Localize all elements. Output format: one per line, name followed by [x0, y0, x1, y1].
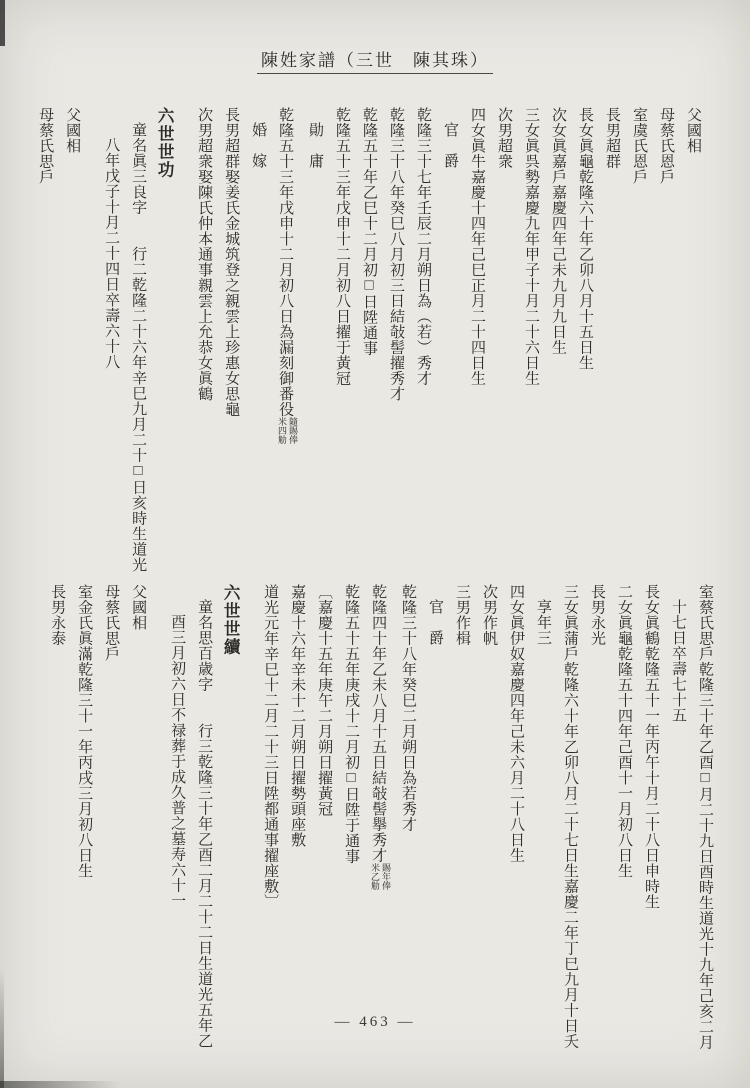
text-column: 次男超衆娶陳氏仲本通事親雲上允恭女眞鶴: [190, 101, 217, 585]
text-column: 乾隆五十年乙巳十二月初□日陞通事: [355, 101, 382, 585]
text-column: 官 爵: [421, 578, 448, 1062]
page-number: — 463 —: [0, 1014, 750, 1031]
text-column: 室金氏眞滿乾隆三十一年丙戌三月初八日生: [70, 578, 97, 1062]
genealogy-record-upper: 父國相母蔡氏恩戶室虞氏恩戶長男超群長女眞龜乾隆六十年乙卯八月十五日生次女眞嘉戶嘉…: [31, 101, 706, 585]
text-column: 乾隆三十八年癸巳八月初三日結敧髻擢秀才: [382, 101, 409, 585]
generation-header: 六世世續: [217, 578, 244, 1062]
text-column: 乾隆三十八年癸巳二月朔日為若秀才: [394, 578, 421, 1062]
text-column: 長男永光: [583, 578, 610, 1062]
text-column: 父國相: [124, 578, 151, 1062]
text-column: 二女眞龜乾隆五十四年己酉十一月初八日生: [610, 578, 637, 1062]
text-column: 母蔡氏思戶: [31, 101, 58, 585]
text-column: 乾隆五十三年戊申十二月初八日為漏刻御番役隨賜俸米四觔: [271, 101, 301, 585]
text-column: 長男永泰: [43, 578, 70, 1062]
text-column: 三女眞蒲戶乾隆六十年乙卯八月二十七日生嘉慶二年丁巳九月十日夭: [556, 578, 583, 1062]
text-column: 次男超衆: [490, 101, 517, 585]
genealogy-record-lower: 室蔡氏思戶乾隆三十年乙酉□月二十九日酉時生道光十九年己亥二月十七日卒壽七十五長女…: [43, 578, 718, 1062]
text-column: 四女眞伊奴嘉慶四年己未六月二十八日生: [502, 578, 529, 1062]
text-column: 〔嘉慶十五年庚午二月朔日擢黃冠: [310, 578, 337, 1062]
text-column: 室蔡氏思戶乾隆三十年乙酉□月二十九日酉時生道光十九年己亥二月: [691, 578, 718, 1062]
text-column: 十七日卒壽七十五: [664, 578, 691, 1062]
text-column: 道光元年辛巳十二月二十三日陞都通事擢座敷〕: [256, 578, 283, 1062]
text-column: 四女眞牛嘉慶十四年己巳正月二十四日生: [463, 101, 490, 585]
text-column: 官 爵: [436, 101, 463, 585]
text-column: 婚 嫁: [244, 101, 271, 585]
scan-artifact-bottom-left: [0, 1081, 120, 1088]
text-column: 長男超群娶姜氏金城筑登之親雲上珍惠女思龜: [217, 101, 244, 585]
text-column: 乾隆三十七年壬辰二月朔日為（若）秀才: [409, 101, 436, 585]
text-column: 勛 庸: [301, 101, 328, 585]
text-column: 乾隆五十五年庚戌十二月初□日陞于通事: [337, 578, 364, 1062]
text-column: 次男作帆: [475, 578, 502, 1062]
text-column: 母蔡氏恩戶: [652, 101, 679, 585]
text-column: 酉三月初六日不禄葬于成久普之墓寿六十一: [163, 578, 190, 1062]
text-column: 次女眞嘉戶嘉慶四年己未九月九日生: [544, 101, 571, 585]
text-column: 童名思百歳字 行三乾隆三十年乙酉二月二十二日生道光五年乙: [190, 578, 217, 1062]
text-column: 童名眞三良字 行二乾隆二十六年辛巳九月二十□日亥時生道光: [124, 101, 151, 585]
stipend-annotation: 賜年俸米乙觔: [369, 863, 391, 890]
scanned-page: 陳姓家譜（三世 陳其珠） 父國相母蔡氏恩戶室虞氏恩戶長男超群長女眞龜乾隆六十年乙…: [0, 0, 750, 1088]
text-column: 乾隆五十三年戊申十二月初八日擢于黃冠: [328, 101, 355, 585]
page-title: 陳姓家譜（三世 陳其珠）: [257, 51, 493, 74]
text-column: 母蔡氏思戶: [97, 578, 124, 1062]
text-column: 乾隆四十年乙未八月十五日結敧髻擧秀才賜年俸米乙觔: [364, 578, 394, 1062]
text-column: 父國相: [679, 101, 706, 585]
text-column: 享年三: [529, 578, 556, 1062]
scan-artifact-top-left: [0, 0, 5, 46]
text-column: 三男作楫: [448, 578, 475, 1062]
generation-header: 六世世功: [151, 101, 178, 585]
text-column: 室虞氏恩戶: [625, 101, 652, 585]
stipend-annotation: 隨賜俸米四觔: [276, 417, 298, 444]
page-header: 陳姓家譜（三世 陳其珠）: [0, 46, 750, 71]
text-column: 長男超群: [598, 101, 625, 585]
text-column: 八年戊子十月二十四日卒壽六十八: [97, 101, 124, 585]
text-column: 父國相: [58, 101, 85, 585]
text-column: 嘉慶十六年辛未十二月朔日擢勢頭座敷: [283, 578, 310, 1062]
text-column: 長女眞鶴乾隆五十一年丙午十月二十八日申時生: [637, 578, 664, 1062]
text-column: 長女眞龜乾隆六十年乙卯八月十五日生: [571, 101, 598, 585]
text-column: 三女眞呉勢嘉慶九年甲子十月二十六日生: [517, 101, 544, 585]
